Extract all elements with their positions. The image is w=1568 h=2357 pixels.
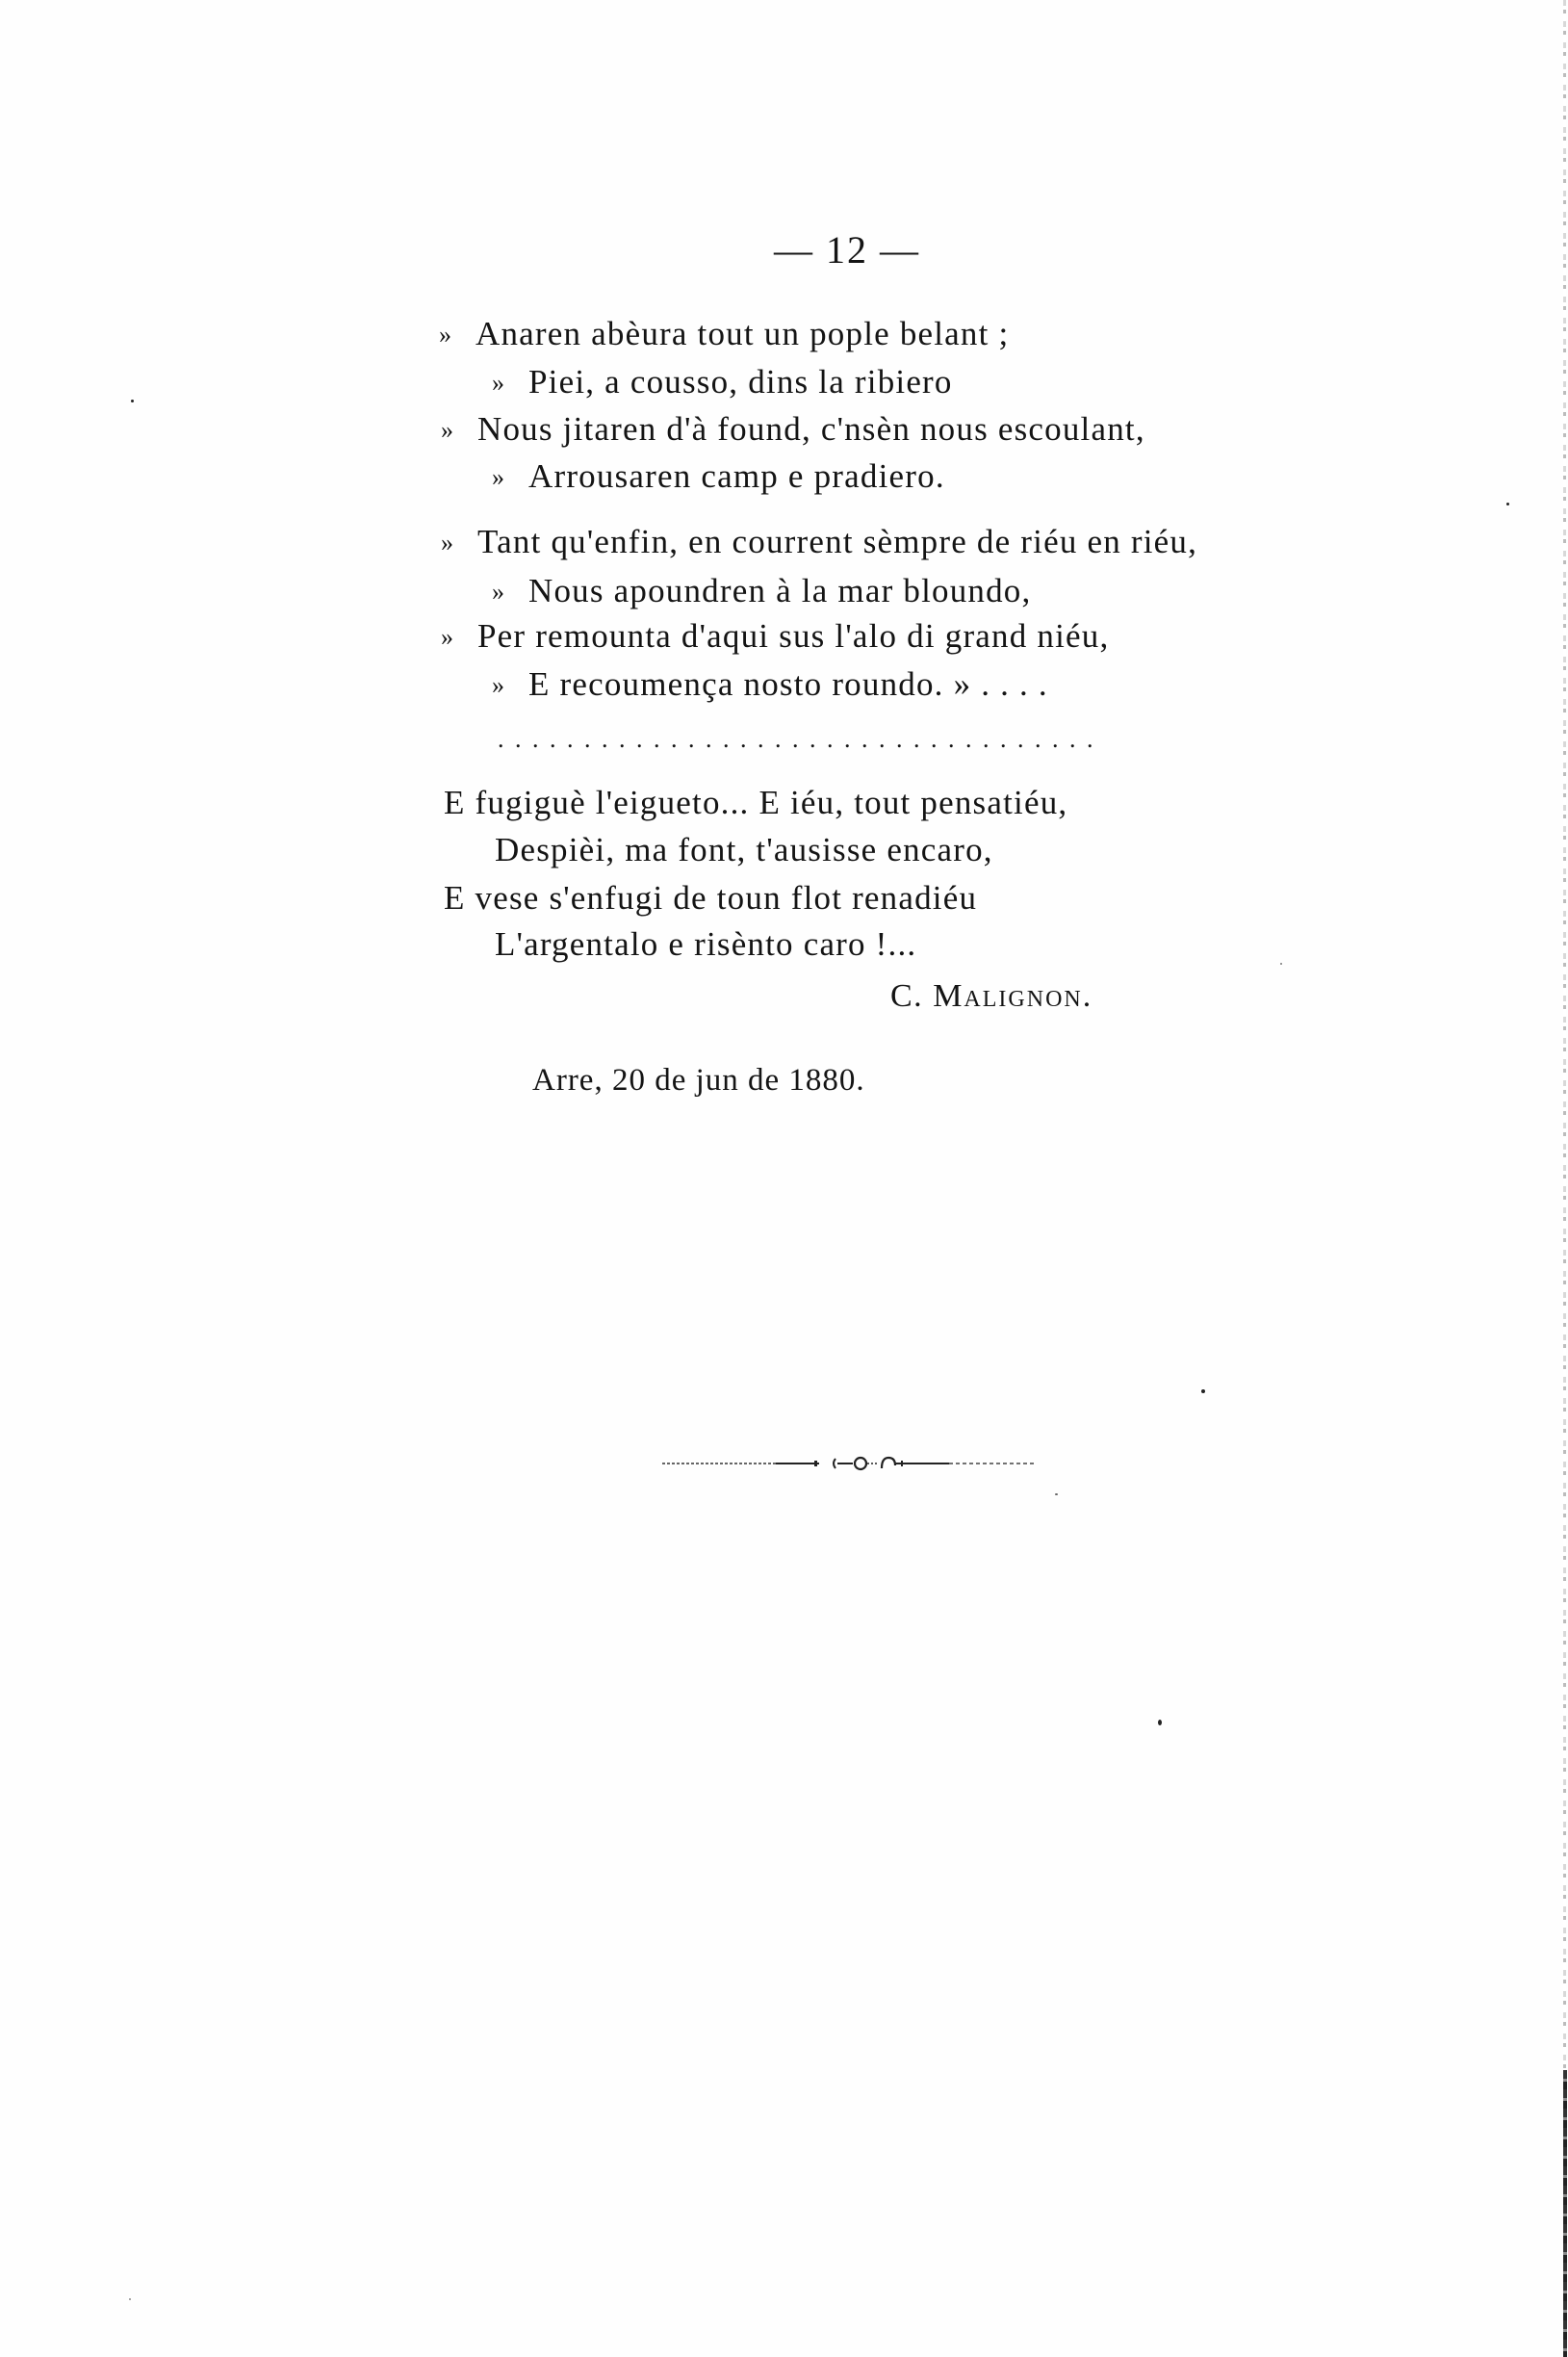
guillemet-marker: » [492, 364, 513, 402]
verse-text: Nous apoundren à la mar bloundo, [528, 572, 1031, 609]
verse-line: »Nous jitaren d'à found, c'nsèn nous esc… [441, 410, 1145, 450]
guillemet-marker: » [441, 524, 462, 562]
scan-speck [1055, 1493, 1058, 1495]
dateline: Arre, 20 de jun de 1880. [532, 1063, 865, 1099]
verse-line: »Per remounta d'aqui sus l'alo di grand … [441, 617, 1109, 657]
author-initial: C. [890, 978, 923, 1014]
verse-text: E vese s'enfugi de toun flot renadiéu [444, 879, 977, 917]
ornamental-rule-divider-icon [660, 1452, 1036, 1475]
scan-speck [1280, 963, 1282, 965]
verse-line: Despièi, ma font, t'ausisse encaro, [495, 831, 993, 869]
author-signature: C. Malignon. [890, 978, 1092, 1015]
verse-text: L'argentalo e risènto caro !... [495, 925, 916, 963]
verse-line: »Nous apoundren à la mar bloundo, [492, 572, 1031, 611]
verse-line: »Anaren abèura tout un pople belant ; [439, 315, 1009, 354]
verse-text: Per remounta d'aqui sus l'alo di grand n… [477, 617, 1109, 655]
scan-speck [1506, 503, 1509, 505]
scan-edge-border [1563, 0, 1566, 2357]
guillemet-marker: » [492, 458, 513, 497]
scan-edge-shadow [1563, 2070, 1567, 2357]
verse-line: »Tant qu'enfin, en courrent sèmpre de ri… [441, 523, 1197, 562]
scan-speck [131, 400, 134, 402]
verse-text: Tant qu'enfin, en courrent sèmpre de rié… [477, 523, 1197, 560]
verse-line: »Piei, a cousso, dins la ribiero [492, 363, 953, 402]
guillemet-marker: » [439, 316, 460, 354]
book-page: — 12 — »Anaren abèura tout un pople bela… [0, 0, 1568, 2357]
scan-speck [129, 2298, 131, 2300]
verse-text: Nous jitaren d'à found, c'nsèn nous esco… [477, 410, 1145, 448]
verse-line: E fugiguè l'eigueto... E iéu, tout pensa… [444, 784, 1067, 822]
verse-text: Anaren abèura tout un pople belant ; [476, 315, 1009, 352]
scan-speck [1201, 1389, 1205, 1393]
author-name: Malignon. [933, 978, 1092, 1014]
verse-text: Despièi, ma font, t'ausisse encaro, [495, 831, 993, 868]
verse-line: L'argentalo e risènto caro !... [495, 925, 916, 964]
guillemet-marker: » [441, 618, 462, 657]
scan-speck [1158, 1720, 1162, 1725]
guillemet-marker: » [492, 666, 513, 705]
verse-text: Arrousaren camp e pradiero. [528, 457, 945, 495]
verse-line: E vese s'enfugi de toun flot renadiéu [444, 879, 977, 918]
guillemet-marker: » [441, 411, 462, 450]
verse-text: E fugiguè l'eigueto... E iéu, tout pensa… [444, 784, 1067, 821]
verse-text: Piei, a cousso, dins la ribiero [528, 363, 953, 401]
verse-line: »Arrousaren camp e pradiero. [492, 457, 945, 497]
guillemet-marker: » [492, 573, 513, 611]
verse-line: »E recoumença nosto roundo. » . . . . [492, 665, 1048, 705]
page-number: — 12 — [770, 227, 924, 272]
verse-text: E recoumença nosto roundo. » . . . . [528, 665, 1048, 703]
ellipsis-dotted-line: ................................... [498, 730, 1156, 749]
